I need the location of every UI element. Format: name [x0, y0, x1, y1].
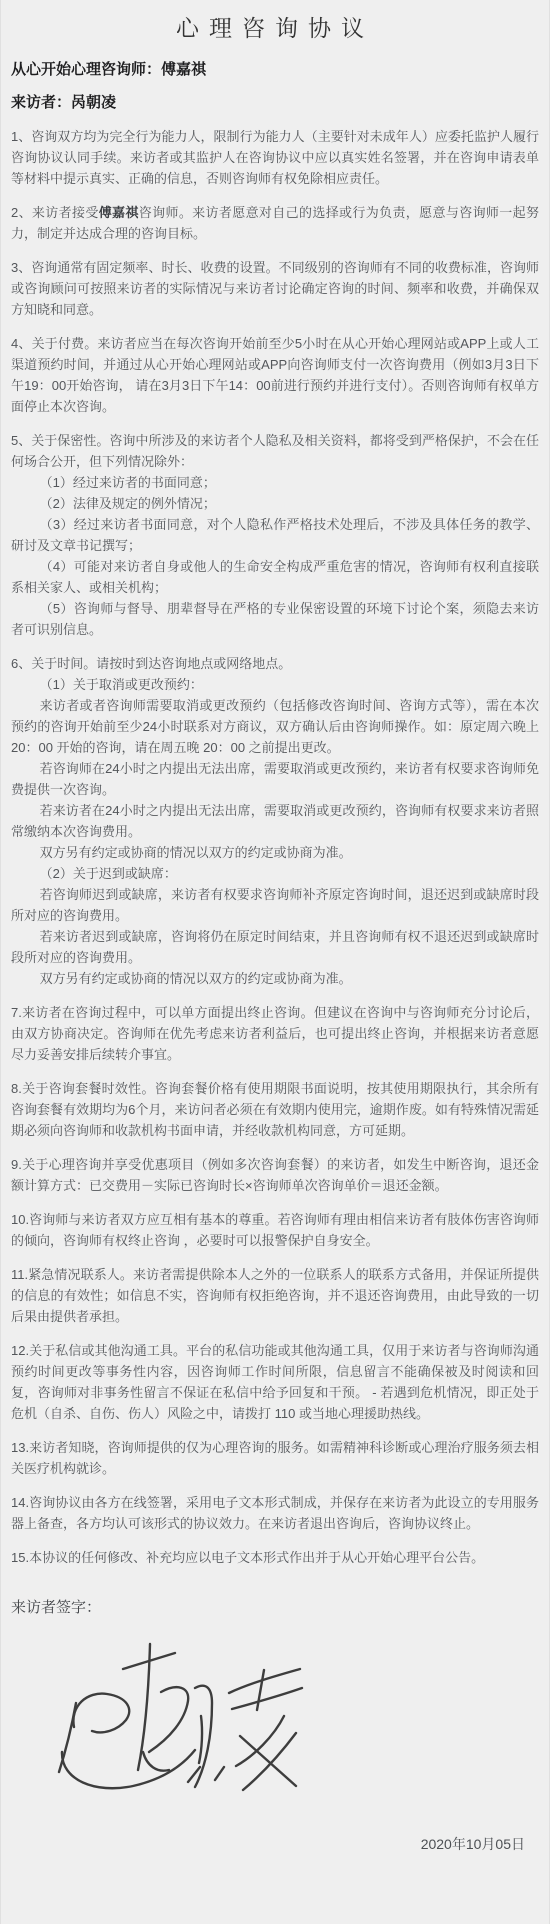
agreement-page: 心理咨询协议 从心开始心理咨询师：傅嘉祺 来访者：呙朝凌 1、咨询双方均为完全行…	[0, 0, 550, 1924]
clause-subitem: 双方另有约定或协商的情况以双方的约定或协商为准。	[11, 968, 539, 989]
clause-subitem: （2）法律及规定的例外情况；	[11, 493, 539, 514]
client-line: 来访者：呙朝凌	[11, 93, 539, 113]
clause-paragraph: 3、咨询通常有固定频率、时长、收费的设置。不同级别的咨询师有不同的收费标准，咨询…	[11, 257, 539, 320]
clause-subitem: 来访者或者咨询师需要取消或更改预约（包括修改咨询时间、咨询方式等），需在本次预约…	[11, 695, 539, 758]
clause-subitem: 若来访者在24小时之内提出无法出席，需要取消或更改预约，咨询师有权要求来访者照常…	[11, 800, 539, 842]
clause-subitem: （2）关于迟到或缺席：	[11, 863, 539, 884]
clause-subitem: （5）咨询师与督导、朋辈督导在严格的专业保密设置的环境下讨论个案，须隐去来访者可…	[11, 598, 539, 640]
counselor-name-bold: 傅嘉祺	[99, 205, 139, 220]
clause-subitem: 若咨询师迟到或缺席，来访者有权要求咨询师补齐原定咨询时间，退还迟到或缺席时段所对…	[11, 884, 539, 926]
client-signature-drawing	[43, 1630, 323, 1820]
counselor-line: 从心开始心理咨询师：傅嘉祺	[11, 60, 539, 80]
agreement-clauses: 1、咨询双方均为完全行为能力人，限制行为能力人（主要针对未成年人）应委托监护人履…	[11, 126, 539, 1568]
page-title: 心理咨询协议	[11, 10, 539, 43]
clause-paragraph: 5、关于保密性。咨询中所涉及的来访者个人隐私及相关资料，都将受到严格保护，不会在…	[11, 430, 539, 472]
clause-subitem: 若来访者迟到或缺席，咨询将仍在原定时间结束，并且咨询师有权不退还迟到或缺席时段所…	[11, 926, 539, 968]
clause-paragraph: 11.紧急情况联系人。来访者需提供除本人之外的一位联系人的联系方式备用，并保证所…	[11, 1264, 539, 1327]
clause-paragraph: 7.来访者在咨询过程中，可以单方面提出终止咨询。但建议在咨询中与咨询师充分讨论后…	[11, 1002, 539, 1065]
clause-subitem: （4）可能对来访者自身或他人的生命安全构成严重危害的情况，咨询师有权利直接联系相…	[11, 556, 539, 598]
clause-paragraph: 4、关于付费。来访者应当在每次咨询开始前至少5小时在从心开始心理网站或APP上或…	[11, 333, 539, 417]
clause-subitem: （3）经过来访者书面同意，对个人隐私作严格技术处理后，不涉及具体任务的教学、研讨…	[11, 514, 539, 556]
clause-subitem: 若咨询师在24小时之内提出无法出席，需要取消或更改预约，来访者有权要求咨询师免费…	[11, 758, 539, 800]
clause-paragraph: 2、来访者接受傅嘉祺咨询师。来访者愿意对自己的选择或行为负责，愿意与咨询师一起努…	[11, 202, 539, 244]
signature-svg	[43, 1630, 323, 1820]
clause-paragraph: 6、关于时间。请按时到达咨询地点或网络地点。	[11, 653, 539, 674]
clause-paragraph: 13.来访者知晓，咨询师提供的仅为心理咨询的服务。如需精神科诊断或心理治疗服务须…	[11, 1437, 539, 1479]
clause-paragraph: 14.咨询协议由各方在线签署，采用电子文本形式制成，并保存在来访者为此设立的专用…	[11, 1492, 539, 1534]
clause-paragraph: 8.关于咨询套餐时效性。咨询套餐价格有使用期限书面说明，按其使用期限执行，其余所…	[11, 1078, 539, 1141]
clause-paragraph: 1、咨询双方均为完全行为能力人，限制行为能力人（主要针对未成年人）应委托监护人履…	[11, 126, 539, 189]
clause-subitem: （1）经过来访者的书面同意；	[11, 472, 539, 493]
clause-paragraph: 9.关于心理咨询并享受优惠项目（例如多次咨询套餐）的来访者，如发生中断咨询，退还…	[11, 1154, 539, 1196]
clause-paragraph: 15.本协议的任何修改、补充均应以电子文本形式作出并于从心开始心理平台公告。	[11, 1547, 539, 1568]
clause-paragraph: 10.咨询师与来访者双方应互相有基本的尊重。若咨询师有理由相信来访者有肢体伤害咨…	[11, 1209, 539, 1251]
agreement-date: 2020年10月05日	[11, 1834, 539, 1854]
signature-label: 来访者签字：	[11, 1598, 539, 1618]
clause-paragraph: 12.关于私信或其他沟通工具。平台的私信功能或其他沟通工具，仅用于来访者与咨询师…	[11, 1340, 539, 1424]
clause-subitem: 双方另有约定或协商的情况以双方的约定或协商为准。	[11, 842, 539, 863]
clause-subitem: （1）关于取消或更改预约：	[11, 674, 539, 695]
